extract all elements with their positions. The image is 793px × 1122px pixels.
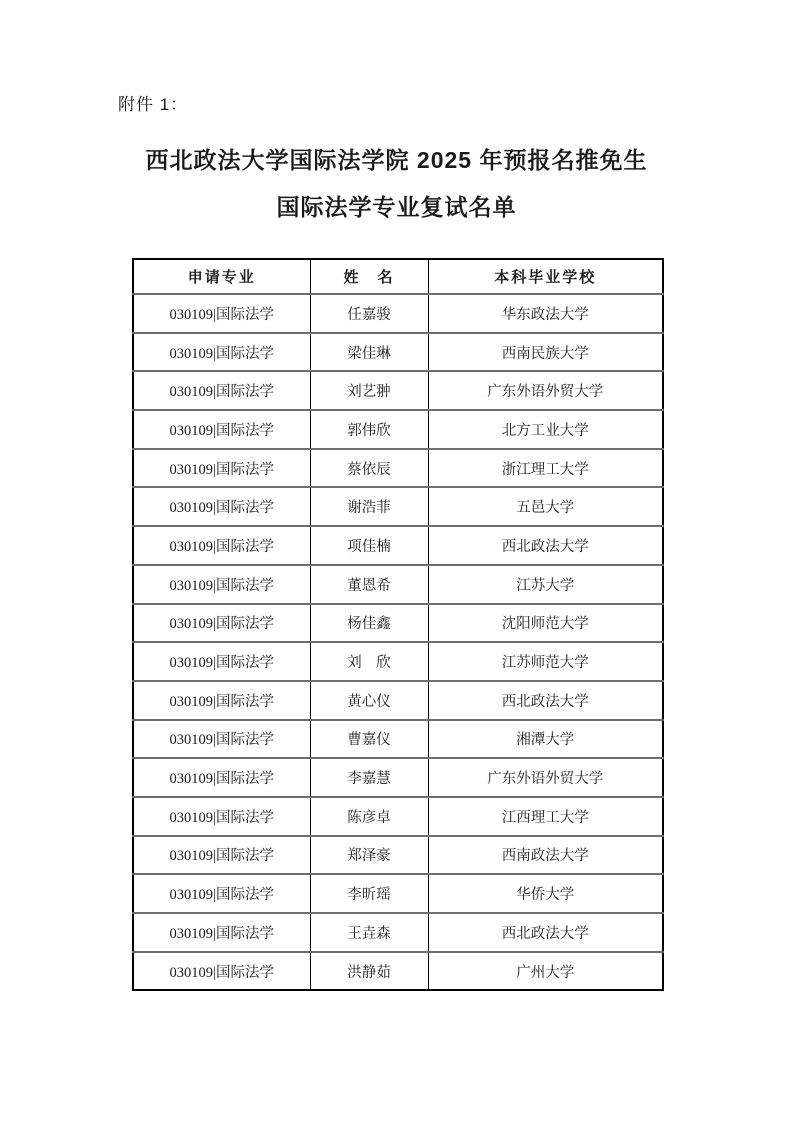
cell-applied-major: 030109|国际法学 — [133, 797, 310, 836]
cell-applied-major: 030109|国际法学 — [133, 952, 310, 991]
cell-name: 任嘉骏 — [310, 294, 428, 333]
cell-school: 广州大学 — [428, 952, 663, 991]
roster-table-body: 030109|国际法学任嘉骏华东政法大学030109|国际法学梁佳琳西南民族大学… — [133, 294, 663, 990]
table-row: 030109|国际法学王垚森西北政法大学 — [133, 913, 663, 952]
table-row: 030109|国际法学洪静茹广州大学 — [133, 952, 663, 991]
cell-applied-major: 030109|国际法学 — [133, 371, 310, 410]
table-row: 030109|国际法学杨佳鑫沈阳师范大学 — [133, 604, 663, 643]
cell-school: 西南政法大学 — [428, 836, 663, 875]
cell-name: 刘 欣 — [310, 642, 428, 681]
table-row: 030109|国际法学李昕瑶华侨大学 — [133, 874, 663, 913]
header-undergraduate-school: 本科毕业学校 — [428, 259, 663, 294]
cell-applied-major: 030109|国际法学 — [133, 604, 310, 643]
cell-name: 李昕瑶 — [310, 874, 428, 913]
table-header-row: 申请专业 姓 名 本科毕业学校 — [133, 259, 663, 294]
table-row: 030109|国际法学黄心仪西北政法大学 — [133, 681, 663, 720]
cell-school: 北方工业大学 — [428, 410, 663, 449]
cell-name: 项佳楠 — [310, 526, 428, 565]
cell-applied-major: 030109|国际法学 — [133, 758, 310, 797]
table-row: 030109|国际法学刘艺翀广东外语外贸大学 — [133, 371, 663, 410]
cell-name: 李嘉慧 — [310, 758, 428, 797]
cell-name: 董恩希 — [310, 565, 428, 604]
cell-applied-major: 030109|国际法学 — [133, 526, 310, 565]
cell-applied-major: 030109|国际法学 — [133, 294, 310, 333]
cell-school: 西南民族大学 — [428, 333, 663, 372]
cell-applied-major: 030109|国际法学 — [133, 487, 310, 526]
cell-applied-major: 030109|国际法学 — [133, 913, 310, 952]
cell-applied-major: 030109|国际法学 — [133, 642, 310, 681]
cell-applied-major: 030109|国际法学 — [133, 681, 310, 720]
cell-school: 沈阳师范大学 — [428, 604, 663, 643]
document-page: 附件 1： 西北政法大学国际法学院 2025 年预报名推免生 国际法学专业复试名… — [0, 0, 793, 1122]
cell-school: 广东外语外贸大学 — [428, 758, 663, 797]
cell-name: 陈彦卓 — [310, 797, 428, 836]
header-name: 姓 名 — [310, 259, 428, 294]
cell-name: 黄心仪 — [310, 681, 428, 720]
document-title-line1: 西北政法大学国际法学院 2025 年预报名推免生 — [0, 137, 793, 184]
cell-school: 华侨大学 — [428, 874, 663, 913]
cell-name: 蔡依辰 — [310, 449, 428, 488]
document-title: 西北政法大学国际法学院 2025 年预报名推免生 国际法学专业复试名单 — [0, 137, 793, 231]
cell-school: 西北政法大学 — [428, 913, 663, 952]
cell-name: 郑泽豪 — [310, 836, 428, 875]
attachment-label: 附件 1： — [118, 90, 188, 115]
cell-applied-major: 030109|国际法学 — [133, 565, 310, 604]
cell-school: 浙江理工大学 — [428, 449, 663, 488]
cell-applied-major: 030109|国际法学 — [133, 720, 310, 759]
cell-school: 华东政法大学 — [428, 294, 663, 333]
cell-school: 湘潭大学 — [428, 720, 663, 759]
cell-name: 曹嘉仪 — [310, 720, 428, 759]
cell-name: 刘艺翀 — [310, 371, 428, 410]
cell-school: 广东外语外贸大学 — [428, 371, 663, 410]
table-row: 030109|国际法学任嘉骏华东政法大学 — [133, 294, 663, 333]
cell-name: 杨佳鑫 — [310, 604, 428, 643]
cell-school: 五邑大学 — [428, 487, 663, 526]
cell-name: 洪静茹 — [310, 952, 428, 991]
cell-name: 梁佳琳 — [310, 333, 428, 372]
table-row: 030109|国际法学刘 欣江苏师范大学 — [133, 642, 663, 681]
cell-school: 西北政法大学 — [428, 681, 663, 720]
cell-school: 江苏师范大学 — [428, 642, 663, 681]
table-row: 030109|国际法学项佳楠西北政法大学 — [133, 526, 663, 565]
table-row: 030109|国际法学陈彦卓江西理工大学 — [133, 797, 663, 836]
document-title-line2: 国际法学专业复试名单 — [0, 184, 793, 231]
table-row: 030109|国际法学李嘉慧广东外语外贸大学 — [133, 758, 663, 797]
cell-applied-major: 030109|国际法学 — [133, 874, 310, 913]
table-row: 030109|国际法学梁佳琳西南民族大学 — [133, 333, 663, 372]
table-row: 030109|国际法学郑泽豪西南政法大学 — [133, 836, 663, 875]
cell-name: 王垚森 — [310, 913, 428, 952]
header-applied-major: 申请专业 — [133, 259, 310, 294]
cell-applied-major: 030109|国际法学 — [133, 410, 310, 449]
cell-school: 江西理工大学 — [428, 797, 663, 836]
table-row: 030109|国际法学谢浩菲五邑大学 — [133, 487, 663, 526]
table-row: 030109|国际法学郭伟欣北方工业大学 — [133, 410, 663, 449]
cell-school: 江苏大学 — [428, 565, 663, 604]
cell-applied-major: 030109|国际法学 — [133, 333, 310, 372]
cell-school: 西北政法大学 — [428, 526, 663, 565]
table-row: 030109|国际法学曹嘉仪湘潭大学 — [133, 720, 663, 759]
cell-applied-major: 030109|国际法学 — [133, 449, 310, 488]
cell-applied-major: 030109|国际法学 — [133, 836, 310, 875]
cell-name: 郭伟欣 — [310, 410, 428, 449]
table-row: 030109|国际法学董恩希江苏大学 — [133, 565, 663, 604]
cell-name: 谢浩菲 — [310, 487, 428, 526]
table-row: 030109|国际法学蔡依辰浙江理工大学 — [133, 449, 663, 488]
roster-table: 申请专业 姓 名 本科毕业学校 030109|国际法学任嘉骏华东政法大学0301… — [132, 258, 664, 991]
